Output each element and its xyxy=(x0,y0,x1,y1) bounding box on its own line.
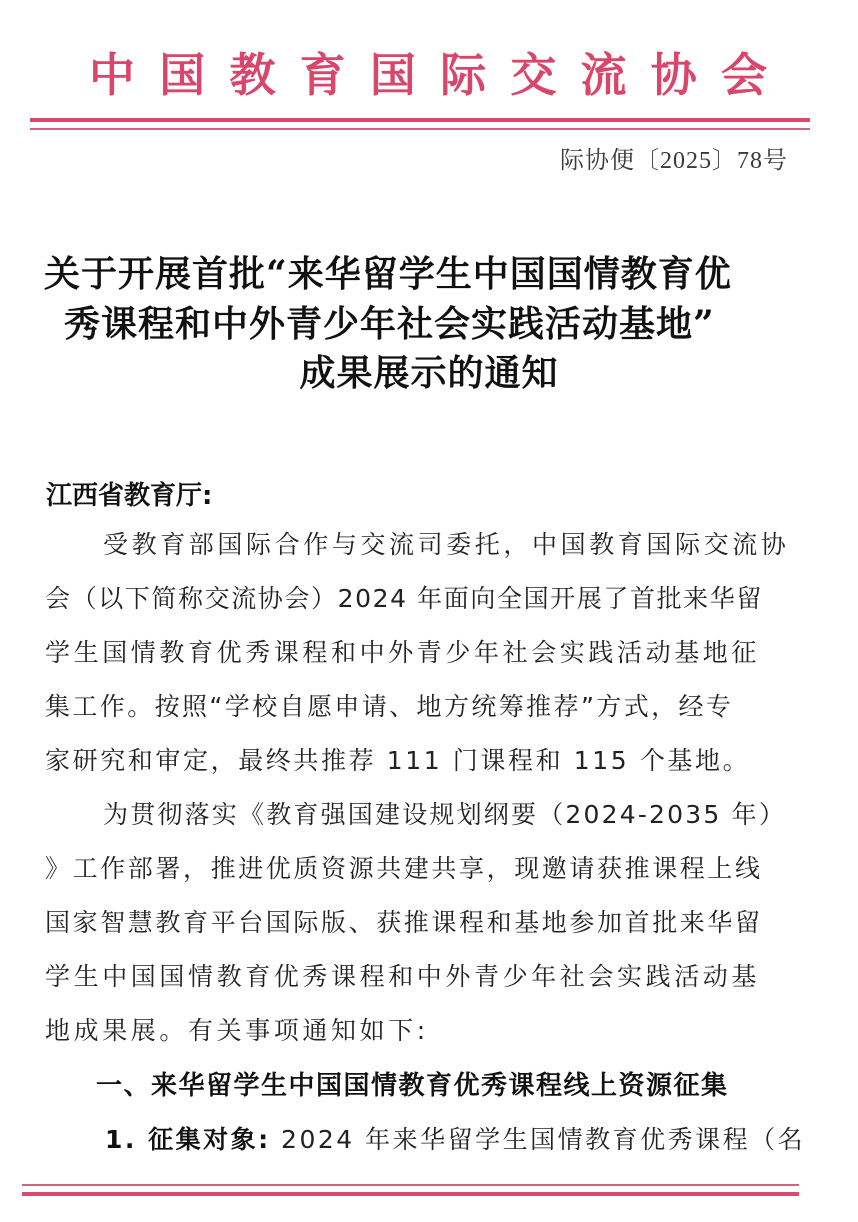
letterhead-char: 育 xyxy=(299,39,347,105)
letterhead-char: 协 xyxy=(650,39,698,105)
body-line: 家研究和审定，最终共推荐 111 门课程和 115 个基地。 xyxy=(45,746,750,776)
letterhead-char: 会 xyxy=(720,39,768,105)
letterhead-char: 教 xyxy=(228,39,276,105)
header-divider-thick xyxy=(30,118,810,122)
letterhead-char: 流 xyxy=(580,39,628,105)
footer-divider-thin xyxy=(22,1184,799,1186)
notice-title-line-2: 秀课程和中外青少年社会实践活动基地” xyxy=(64,296,715,347)
body-line: 学生国情教育优秀课程和中外青少年社会实践活动基地征 xyxy=(45,638,760,668)
letterhead-char: 际 xyxy=(439,39,487,105)
section-heading: 一、来华留学生中国国情教育优秀课程线上资源征集 xyxy=(96,1065,729,1102)
list-item-text: 2024 年来华留学生国情教育优秀课程（名 xyxy=(271,1125,806,1154)
organization-letterhead: 中 国 教 育 国 际 交 流 协 会 xyxy=(88,42,768,102)
list-item-1: 1. 征集对象: 2024 年来华留学生国情教育优秀课程（名 xyxy=(105,1120,805,1156)
body-line: 会（以下简称交流协会）2024 年面向全国开展了首批来华留 xyxy=(45,584,763,614)
letterhead-char: 国 xyxy=(369,39,417,105)
body-line: 》工作部署，推进优质资源共建共享，现邀请获推课程上线 xyxy=(45,854,763,884)
document-number: 际协便〔2025〕78号 xyxy=(560,140,788,175)
body-line: 地成果展。有关事项通知如下: xyxy=(45,1016,429,1046)
body-line: 学生中国国情教育优秀课程和中外青少年社会实践活动基 xyxy=(45,962,760,992)
notice-title-line-1: 关于开展首批“来华留学生中国国情教育优 xyxy=(44,246,732,297)
header-divider-thin xyxy=(30,128,810,130)
body-line: 集工作。按照“学校自愿申请、地方统筹推荐”方式，经专 xyxy=(45,692,733,722)
body-line: 受教育部国际合作与交流司委托，中国教育国际交流协 xyxy=(103,530,789,560)
body-line: 国家智慧教育平台国际版、获推课程和基地参加首批来华留 xyxy=(45,908,763,938)
body-line: 为贯彻落实《教育强国建设规划纲要（2024-2035 年） xyxy=(103,800,786,830)
footer-divider-thick xyxy=(22,1192,799,1196)
list-item-label: 1. 征集对象: xyxy=(105,1125,271,1154)
notice-title-line-3: 成果展示的通知 xyxy=(0,345,858,396)
letterhead-char: 中 xyxy=(88,39,136,105)
letterhead-char: 交 xyxy=(509,39,557,105)
recipient: 江西省教育厅: xyxy=(46,475,212,512)
letterhead-char: 国 xyxy=(158,39,206,105)
